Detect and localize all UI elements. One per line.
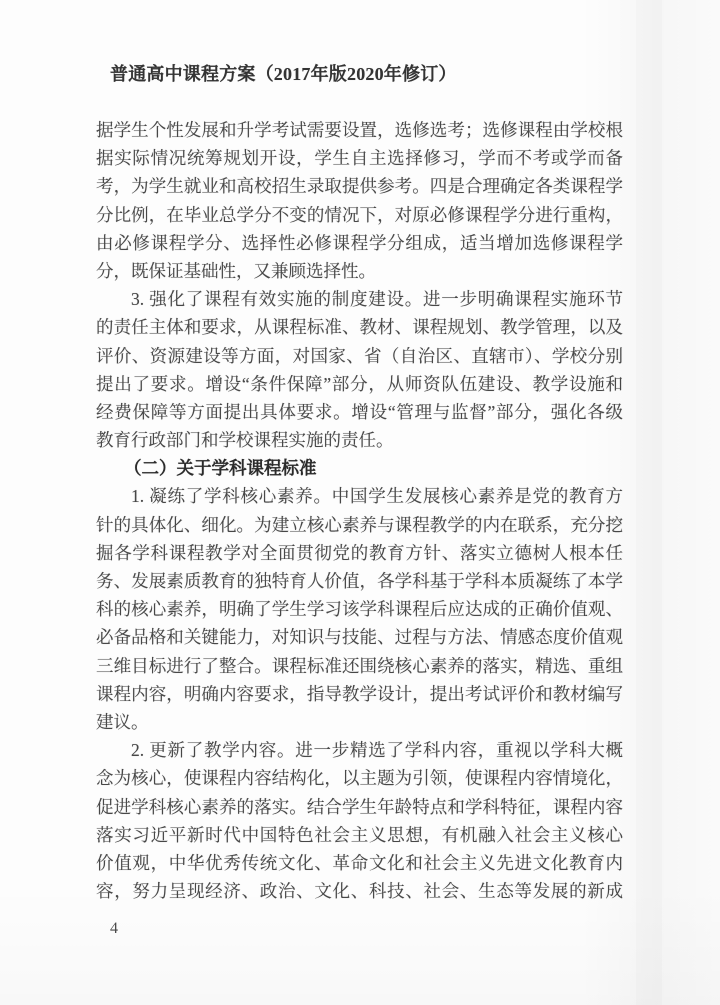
text-line: 三维目标进行了整合。课程标准还围绕核心素养的落实，精选、重组 [96,652,623,680]
text-line: 分，既保证基础性，又兼顾选择性。 [96,257,623,285]
text-line: 针的具体化、细化。为建立核心素养与课程教学的内在联系，充分挖 [96,511,623,539]
text-line: 据实际情况统筹规划开设，学生自主选择修习，学而不考或学而备 [96,144,623,172]
text-line: 由必修课程学分、选择性必修课程学分组成，适当增加选修课程学 [96,229,623,257]
text-line: 容，努力呈现经济、政治、文化、科技、社会、生态等发展的新成 [96,877,623,905]
scan-shading-streak [636,0,662,1005]
text-line: 分比例，在毕业总学分不变的情况下，对原必修课程学分进行重构， [96,201,623,229]
text-line: 促进学科核心素养的落实。结合学生年龄特点和学科特征，课程内容 [96,793,623,821]
text-line: 落实习近平新时代中国特色社会主义思想，有机融入社会主义核心 [96,821,623,849]
section-heading-line: （二）关于学科课程标准 [96,454,623,482]
text-line: 科的核心素养，明确了学生学习该学科课程后应达成的正确价值观、 [96,595,623,623]
text-line: 建议。 [96,708,623,736]
text-line: 评价、资源建设等方面，对国家、省（自治区、直辖市）、学校分别 [96,342,623,370]
body-text: 据学生个性发展和升学考试需要设置，选修选考；选修课程由学校根据实际情况统筹规划开… [96,116,623,905]
running-header: 普通高中课程方案（2017年版2020年修订） [110,60,630,86]
page-number: 4 [110,920,118,938]
text-line: 考，为学生就业和高校招生录取提供参考。四是合理确定各类课程学 [96,172,623,200]
text-line: 据学生个性发展和升学考试需要设置，选修选考；选修课程由学校根 [96,116,623,144]
text-line: 教育行政部门和学校课程实施的责任。 [96,426,623,454]
text-line: 2. 更新了教学内容。进一步精选了学科内容，重视以学科大概 [96,736,623,764]
text-line: 必备品格和关键能力，对知识与技能、过程与方法、情感态度价值观 [96,623,623,651]
document-page: 普通高中课程方案（2017年版2020年修订） 据学生个性发展和升学考试需要设置… [0,0,720,1005]
text-line: 务、发展素质教育的独特育人价值，各学科基于学科本质凝练了本学 [96,567,623,595]
text-line: 掘各学科课程教学对全面贯彻党的教育方针、落实立德树人根本任 [96,539,623,567]
text-line: 1. 凝练了学科核心素养。中国学生发展核心素养是党的教育方 [96,482,623,510]
text-line: 课程内容，明确内容要求，指导教学设计，提出考试评价和教材编写 [96,680,623,708]
text-line: 3. 强化了课程有效实施的制度建设。进一步明确课程实施环节 [96,285,623,313]
text-line: 价值观，中华优秀传统文化、革命文化和社会主义先进文化教育内 [96,849,623,877]
text-line: 经费保障等方面提出具体要求。增设“管理与监督”部分，强化各级 [96,398,623,426]
text-line: 念为核心，使课程内容结构化，以主题为引领，使课程内容情境化， [96,764,623,792]
text-line: 提出了要求。增设“条件保障”部分，从师资队伍建设、教学设施和 [96,370,623,398]
text-line: 的责任主体和要求，从课程标准、教材、课程规划、教学管理，以及 [96,313,623,341]
